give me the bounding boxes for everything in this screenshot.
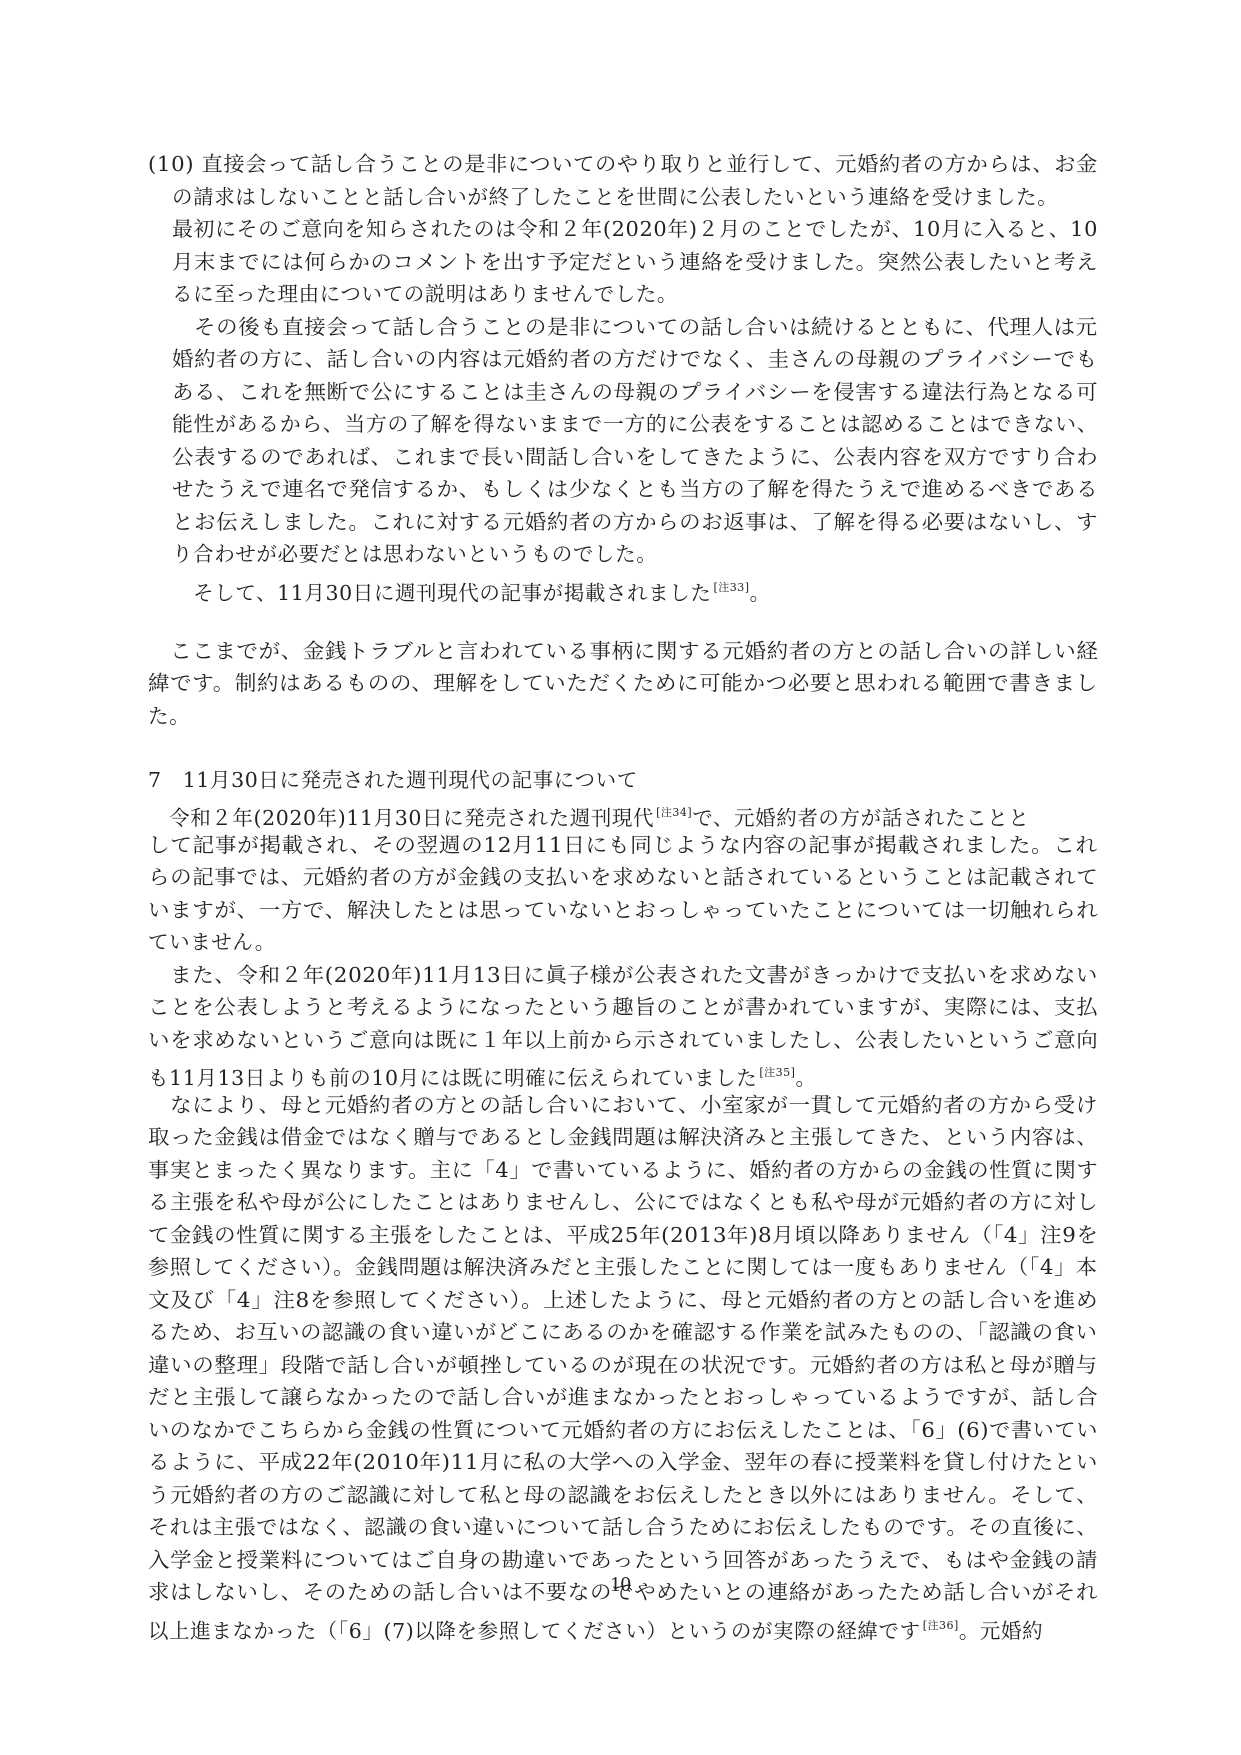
text-line-content: 取った金銭は借金ではなく贈与であるとし金銭問題は解決済みと主張してきた、という内… [148,1125,1098,1149]
text-line: らの記事では、元婚約者の方が金銭の支払いを求めないと話されているということは記載… [148,861,1098,894]
text-line: 文及び「4」注8を参照してください）。上述したように、母と元婚約者の方との話し合… [148,1284,1098,1317]
text-line-content: 月末までには何らかのコメントを出す予定だという連絡を受けました。突然公表したいと… [172,250,1098,274]
text-line-content: それは主張ではなく、認識の食い違いについて話し合うためにお伝えしたものです。その… [148,1515,1098,1539]
text-line-content: 公表するのであれば、これまで長い間話し合いをしてきたように、公表内容を双方ですり… [172,445,1098,469]
text-line: 能性があるから、当方の了解を得ないままで一方的に公表をすることは認めることはでき… [172,408,1098,441]
text-line-content: らの記事では、元婚約者の方が金銭の支払いを求めないと話されているということは記載… [148,865,1098,889]
text-line-content: その後も直接会って話し合うことの是非についての話し合いは続けるとともに、代理人は… [172,315,1098,339]
text-line: その後も直接会って話し合うことの是非についての話し合いは続けるとともに、代理人は… [172,311,1098,344]
text-line: るに至った理由についての説明はありませんでした。 [172,278,678,311]
text-line-content: るように、平成22年(2010年)11月に私の大学への入学金、翌年の春に授業料を… [148,1450,1098,1474]
text-line-content: 参照してください）。金銭問題は解決済みだと主張したことに関しては一度もありません… [148,1255,1098,1279]
text-line-content: 7 11月30日に発売された週刊現代の記事について [148,768,638,792]
text-line-content: なにより、母と元婚約者の方との話し合いにおいて、小室家が一貫して元婚約者の方から… [148,1093,1098,1117]
text-line-content: の請求はしないことと話し合いが終了したことを世間に公表したいという連絡を受けまし… [172,185,1058,209]
text-line: 月末までには何らかのコメントを出す予定だという連絡を受けました。突然公表したいと… [172,246,1098,279]
text-line: 以上進まなかった（「6」(7)以降を参照してください）というのが実際の経緯です[… [148,1609,1043,1642]
text-line-content: いのなかでこちらから金銭の性質について元婚約者の方にお伝えしたことは、「6」(6… [148,1418,1098,1442]
text-line: ある、これを無断で公にすることは圭さんの母親のプライバシーを侵害する違法行為とな… [172,376,1098,409]
text-line: るため、お互いの認識の食い違いがどこにあるのかを確認する作業を試みたものの、「認… [148,1316,1098,1349]
text-line: 参照してください）。金銭問題は解決済みだと主張したことに関しては一度もありません… [148,1251,1098,1284]
document-page: (10) 直接会って話し合うことの是非についてのやり取りと並行して、元婚約者の方… [0,0,1241,1755]
text-line: なにより、母と元婚約者の方との話し合いにおいて、小室家が一貫して元婚約者の方から… [148,1089,1098,1122]
text-line-tail: 。 [795,1066,816,1090]
text-line-content: また、令和２年(2020年)11月13日に眞子様が公表された文書がきっかけで支払… [148,963,1098,987]
footnote-ref: [注36] [923,1619,959,1632]
text-line-content: 最初にそのご意向を知らされたのは令和２年(2020年)２月のことでしたが、10月… [172,217,1098,241]
text-line: の請求はしないことと話し合いが終了したことを世間に公表したいという連絡を受けまし… [172,181,1058,214]
text-line: (10) 直接会って話し合うことの是非についてのやり取りと並行して、元婚約者の方… [148,148,1098,181]
text-line: 緯です。制約はあるものの、理解をしていただくために可能かつ必要と思われる範囲で書… [148,667,1098,700]
text-line: また、令和２年(2020年)11月13日に眞子様が公表された文書がきっかけで支払… [148,959,1098,992]
text-line-content: る主張を私や母が公にしたことはありませんし、公にではなくとも私や母が元婚約者の方… [148,1190,1098,1214]
text-line-content: て金銭の性質に関する主張をしたことは、平成25年(2013年)8月頃以降ありませ… [148,1223,1098,1247]
text-line-content: とお伝えしました。これに対する元婚約者の方からのお返事は、了解を得る必要はないし… [172,510,1098,534]
text-line-content: して記事が掲載され、その翌週の12月11日にも同じような内容の記事が掲載されまし… [148,833,1098,857]
text-line-tail: 。 [750,581,771,605]
text-line-content: 以上進まなかった（「6」(7)以降を参照してください）というのが実際の経緯です [148,1619,921,1643]
text-line: だと主張して譲らなかったので話し合いが進まなかったとおっしゃっているようですが、… [148,1381,1098,1414]
text-line: 最初にそのご意向を知らされたのは令和２年(2020年)２月のことでしたが、10月… [172,213,1098,246]
footnote-ref: [注33] [713,581,749,594]
text-line: 婚約者の方に、話し合いの内容は元婚約者の方だけでなく、圭さんの母親のプライバシー… [172,343,1098,376]
page-number: 10 [0,1572,1241,1597]
text-line-content: 能性があるから、当方の了解を得ないままで一方的に公表をすることは認めることはでき… [172,412,1098,436]
text-line-content: 入学金と授業料についてはご自身の勘違いであったという回答があったうえで、もはや金… [148,1548,1098,1572]
text-line: ていません。 [148,926,276,959]
text-line-content: そして、11月30日に週刊現代の記事が掲載されました [172,581,711,605]
text-line-content: ていません。 [148,930,276,954]
text-line-tail: 。元婚約 [959,1619,1043,1643]
text-line-content: り合わせが必要だとは思わないというものでした。 [172,542,657,566]
text-line-content: う元婚約者の方のご認識に対して私と母の認識をお伝えしたとき以外にはありません。そ… [148,1483,1098,1507]
text-line-content: ことを公表しようと考えるようになったという趣旨のことが書かれていますが、実際には… [148,995,1098,1019]
text-line: それは主張ではなく、認識の食い違いについて話し合うためにお伝えしたものです。その… [148,1511,1098,1544]
text-line: して記事が掲載され、その翌週の12月11日にも同じような内容の記事が掲載されまし… [148,829,1098,862]
text-line-content: 文及び「4」注8を参照してください）。上述したように、母と元婚約者の方との話し合… [148,1288,1098,1312]
text-line-content: るに至った理由についての説明はありませんでした。 [172,282,678,306]
text-line: も11月13日よりも前の10月には既に明確に伝えられていました[注35]。 [148,1056,817,1089]
text-line-tail: で、元婚約者の方が話されたことと [692,806,1029,830]
text-line-content: た。 [148,704,190,728]
text-line-content: いを求めないというご意向は既に１年以上前から示されていましたし、公表したいという… [148,1028,1098,1052]
text-line: るように、平成22年(2010年)11月に私の大学への入学金、翌年の春に授業料を… [148,1446,1098,1479]
text-line: とお伝えしました。これに対する元婚約者の方からのお返事は、了解を得る必要はないし… [172,506,1098,539]
text-line-content: も11月13日よりも前の10月には既に明確に伝えられていました [148,1066,757,1090]
text-line-content: せたうえで連名で発信するか、もしくは少なくとも当方の了解を得たうえで進めるべきで… [172,477,1098,501]
text-line-content: ある、これを無断で公にすることは圭さんの母親のプライバシーを侵害する違法行為とな… [172,380,1098,404]
text-line-content: るため、お互いの認識の食い違いがどこにあるのかを確認する作業を試みたものの、「認… [148,1320,1098,1344]
text-line-content: 令和２年(2020年)11月30日に発売された週刊現代 [148,806,654,830]
text-line: 事実とまったく異なります。主に「4」で書いているように、婚約者の方からの金銭の性… [148,1154,1098,1187]
text-line-content: 緯です。制約はあるものの、理解をしていただくために可能かつ必要と思われる範囲で書… [148,671,1098,695]
text-line: いを求めないというご意向は既に１年以上前から示されていましたし、公表したいという… [148,1024,1098,1057]
text-line: いのなかでこちらから金銭の性質について元婚約者の方にお伝えしたことは、「6」(6… [148,1414,1098,1447]
text-line: ことを公表しようと考えるようになったという趣旨のことが書かれていますが、実際には… [148,991,1098,1024]
text-line: 令和２年(2020年)11月30日に発売された週刊現代[注34]で、元婚約者の方… [148,796,1029,829]
text-line: 取った金銭は借金ではなく贈与であるとし金銭問題は解決済みと主張してきた、という内… [148,1121,1098,1154]
text-line: 公表するのであれば、これまで長い間話し合いをしてきたように、公表内容を双方ですり… [172,441,1098,474]
text-line: ここまでが、金銭トラブルと言われている事柄に関する元婚約者の方との話し合いの詳し… [148,635,1099,668]
text-line: 違いの整理」段階で話し合いが頓挫しているのが現在の状況です。元婚約者の方は私と母… [148,1349,1098,1382]
text-line: り合わせが必要だとは思わないというものでした。 [172,538,657,571]
text-line-content: 婚約者の方に、話し合いの内容は元婚約者の方だけでなく、圭さんの母親のプライバシー… [172,347,1098,371]
footnote-ref: [注35] [759,1066,795,1079]
text-line-content: いますが、一方で、解決したとは思っていないとおっしゃっていたことについては一切触… [148,898,1099,922]
text-line: る主張を私や母が公にしたことはありませんし、公にではなくとも私や母が元婚約者の方… [148,1186,1098,1219]
text-line-content: ここまでが、金銭トラブルと言われている事柄に関する元婚約者の方との話し合いの詳し… [148,639,1099,663]
text-line: そして、11月30日に週刊現代の記事が掲載されました[注33]。 [172,571,771,604]
text-line: 7 11月30日に発売された週刊現代の記事について [148,764,638,797]
text-line-content: (10) 直接会って話し合うことの是非についてのやり取りと並行して、元婚約者の方… [148,152,1098,176]
text-line: せたうえで連名で発信するか、もしくは少なくとも当方の了解を得たうえで進めるべきで… [172,473,1098,506]
text-line-content: 事実とまったく異なります。主に「4」で書いているように、婚約者の方からの金銭の性… [148,1158,1098,1182]
text-line: た。 [148,700,190,733]
footnote-ref: [注34] [656,806,692,819]
text-line: て金銭の性質に関する主張をしたことは、平成25年(2013年)8月頃以降ありませ… [148,1219,1098,1252]
text-line-content: だと主張して譲らなかったので話し合いが進まなかったとおっしゃっているようですが、… [148,1385,1098,1409]
text-line: う元婚約者の方のご認識に対して私と母の認識をお伝えしたとき以外にはありません。そ… [148,1479,1098,1512]
text-line: いますが、一方で、解決したとは思っていないとおっしゃっていたことについては一切触… [148,894,1099,927]
text-line-content: 違いの整理」段階で話し合いが頓挫しているのが現在の状況です。元婚約者の方は私と母… [148,1353,1098,1377]
